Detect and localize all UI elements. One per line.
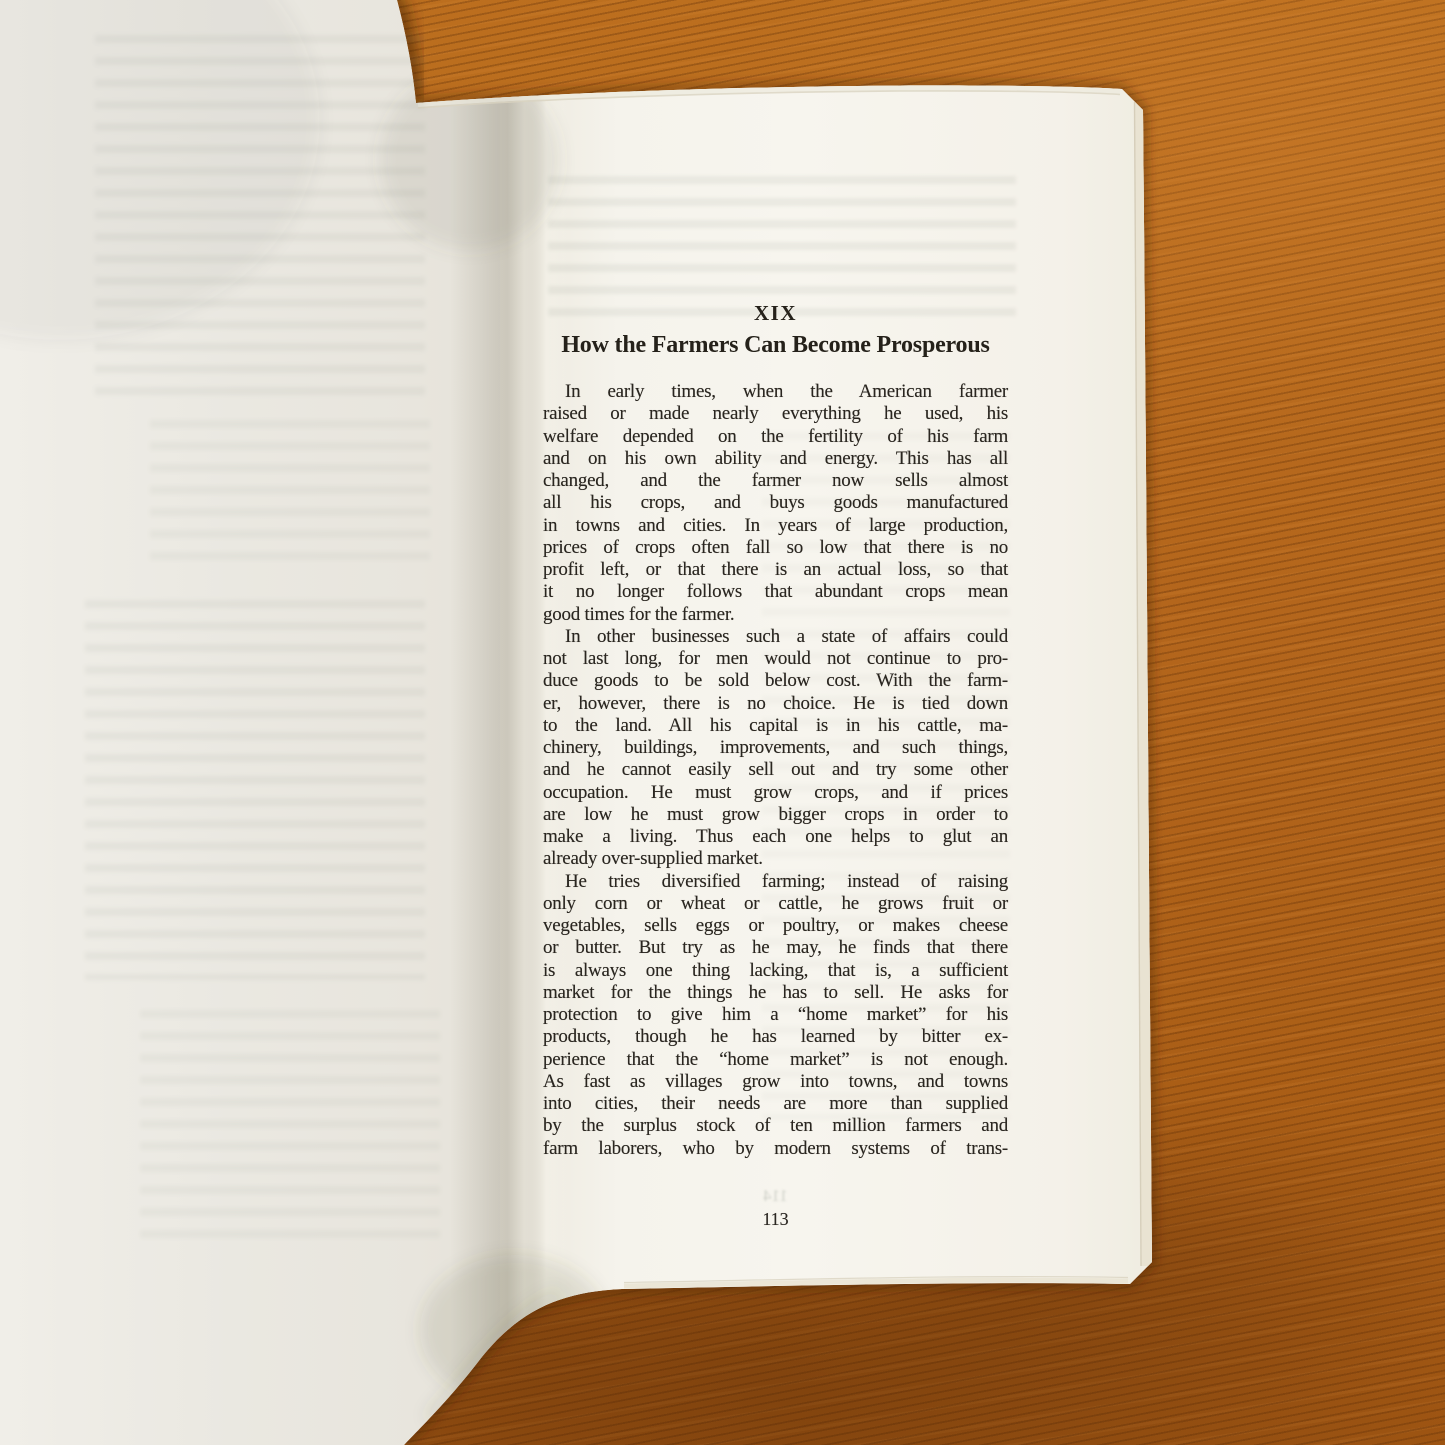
text-line: changed, and the farmer now sells almost: [543, 470, 1008, 492]
chapter-number: XIX: [543, 301, 1008, 325]
text-line: er, however, there is no choice. He is t…: [543, 693, 1008, 715]
text-line: As fast as villages grow into towns, and…: [543, 1071, 1008, 1093]
text-line: welfare depended on the fertility of his…: [543, 426, 1008, 448]
chapter-title: How the Farmers Can Become Prosperous: [543, 331, 1008, 359]
text-line: perience that the “home market” is not e…: [543, 1049, 1008, 1071]
text-line: vegetables, sells eggs or poultry, or ma…: [543, 915, 1008, 937]
text-line: already over-supplied market.: [543, 848, 1008, 870]
text-line: He tries diversified farming; instead of…: [543, 871, 1008, 893]
text-line: not last long, for men would not continu…: [543, 648, 1008, 670]
bleed-page-number: 114: [543, 1186, 1008, 1206]
text-line: raised or made nearly everything he used…: [543, 403, 1008, 425]
text-line: to the land. All his capital is in his c…: [543, 715, 1008, 737]
text-line: by the surplus stock of ten million farm…: [543, 1115, 1008, 1137]
page-number: 113: [543, 1209, 1008, 1230]
text-line: all his crops, and buys goods manufactur…: [543, 492, 1008, 514]
text-line: products, though he has learned by bitte…: [543, 1026, 1008, 1048]
gutter-bottom-shadow: [420, 1255, 610, 1405]
text-line: good times for the farmer.: [543, 604, 1008, 626]
book-photo-scene: XIX How the Farmers Can Become Prosperou…: [0, 0, 1445, 1445]
text-line: and on his own ability and energy. This …: [543, 448, 1008, 470]
text-line: In other businesses such a state of affa…: [543, 626, 1008, 648]
body-text: In early times, when the American farmer…: [543, 381, 1008, 1160]
text-line: protection to give him a “home market” f…: [543, 1004, 1008, 1026]
text-line: In early times, when the American farmer: [543, 381, 1008, 403]
text-line: market for the things he has to sell. He…: [543, 982, 1008, 1004]
text-line: and he cannot easily sell out and try so…: [543, 759, 1008, 781]
text-line: into cities, their needs are more than s…: [543, 1093, 1008, 1115]
chapter-heading: XIX How the Farmers Can Become Prosperou…: [543, 301, 1008, 359]
text-line: only corn or wheat or cattle, he grows f…: [543, 893, 1008, 915]
text-line: or butter. But try as he may, he finds t…: [543, 937, 1008, 959]
text-line: chinery, buildings, improvements, and su…: [543, 737, 1008, 759]
text-line: duce goods to be sold below cost. With t…: [543, 670, 1008, 692]
text-line: occupation. He must grow crops, and if p…: [543, 782, 1008, 804]
text-line: profit left, or that there is an actual …: [543, 559, 1008, 581]
text-line: it no longer follows that abundant crops…: [543, 581, 1008, 603]
text-line: make a living. Thus each one helps to gl…: [543, 826, 1008, 848]
text-line: prices of crops often fall so low that t…: [543, 537, 1008, 559]
text-line: farm laborers, who by modern systems of …: [543, 1138, 1008, 1160]
text-line: is always one thing lacking, that is, a …: [543, 960, 1008, 982]
text-line: are low he must grow bigger crops in ord…: [543, 804, 1008, 826]
text-line: in towns and cities. In years of large p…: [543, 515, 1008, 537]
